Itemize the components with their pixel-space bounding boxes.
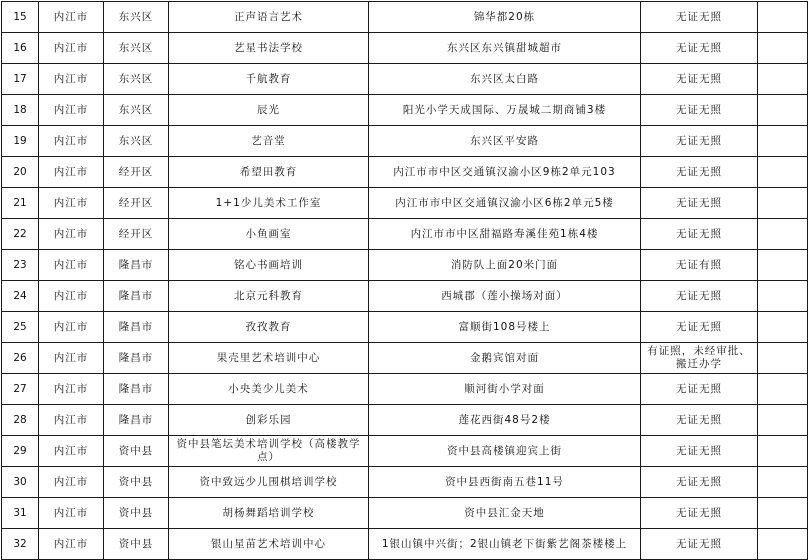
license-status-cell: 无证无照 — [641, 2, 758, 33]
address-cell: 资中县汇金天地 — [369, 498, 641, 529]
address-cell: 富顺街108号楼上 — [369, 312, 641, 343]
city-cell: 内江市 — [39, 126, 104, 157]
city-cell: 内江市 — [39, 498, 104, 529]
license-status-cell: 无证无照 — [641, 33, 758, 64]
district-cell: 东兴区 — [104, 2, 169, 33]
row-number-cell: 16 — [2, 33, 39, 64]
table-row: 17内江市东兴区千航教育东兴区太白路无证无照 — [2, 64, 808, 95]
address-cell: 锦华都20栋 — [369, 2, 641, 33]
district-cell: 资中县 — [104, 498, 169, 529]
address-cell: 消防队上面20米门面 — [369, 250, 641, 281]
district-cell: 隆昌市 — [104, 374, 169, 405]
license-status-cell: 无证无照 — [641, 498, 758, 529]
address-cell: 顺河街小学对面 — [369, 374, 641, 405]
license-status-cell: 无证无照 — [641, 157, 758, 188]
row-number-cell: 26 — [2, 343, 39, 374]
city-cell: 内江市 — [39, 312, 104, 343]
license-status-cell: 无证无照 — [641, 467, 758, 498]
training-institutions-table: 15内江市东兴区正声语言艺术锦华都20栋无证无照16内江市东兴区艺星书法学校东兴… — [1, 1, 808, 557]
remark-cell — [758, 126, 808, 157]
table-row: 18内江市东兴区辰光阳光小学天成国际、万晟城二期商铺3楼无证无照 — [2, 95, 808, 126]
address-cell: 内江市市中区交通镇汉渝小区6栋2单元5楼 — [369, 188, 641, 219]
city-cell: 内江市 — [39, 343, 104, 374]
district-cell: 隆昌市 — [104, 405, 169, 436]
address-cell: 内江市市中区交通镇汉渝小区9栋2单元103 — [369, 157, 641, 188]
institution-name-cell: 资中致远少儿围棋培训学校 — [169, 467, 369, 498]
table-row: 30内江市资中县资中致远少儿围棋培训学校资中县西街南五巷11号无证无照 — [2, 467, 808, 498]
table-row: 32内江市资中县银山星苗艺术培训中心1银山镇中兴街；2银山镇老下街紫艺阁茶楼楼上… — [2, 529, 808, 558]
city-cell: 内江市 — [39, 64, 104, 95]
table-row: 28内江市隆昌市创彩乐园莲花西街48号2楼无证无照 — [2, 405, 808, 436]
table-row: 22内江市经开区小鱼画室内江市市中区甜福路寿溪佳苑1栋4楼无证无照 — [2, 219, 808, 250]
license-status-cell: 无证无照 — [641, 281, 758, 312]
table-row: 29内江市资中县资中县笔坛美术培训学校（高楼教学点）资中县高楼镇迎宾上街无证无照 — [2, 436, 808, 467]
address-cell: 阳光小学天成国际、万晟城二期商铺3楼 — [369, 95, 641, 126]
remark-cell — [758, 33, 808, 64]
remark-cell — [758, 498, 808, 529]
row-number-cell: 25 — [2, 312, 39, 343]
license-status-cell: 无证无照 — [641, 529, 758, 558]
remark-cell — [758, 343, 808, 374]
row-number-cell: 27 — [2, 374, 39, 405]
row-number-cell: 31 — [2, 498, 39, 529]
district-cell: 隆昌市 — [104, 312, 169, 343]
district-cell: 资中县 — [104, 467, 169, 498]
institution-name-cell: 小央美少儿美术 — [169, 374, 369, 405]
row-number-cell: 15 — [2, 2, 39, 33]
district-cell: 东兴区 — [104, 64, 169, 95]
address-cell: 1银山镇中兴街；2银山镇老下街紫艺阁茶楼楼上 — [369, 529, 641, 558]
training-institutions-table-container: 15内江市东兴区正声语言艺术锦华都20栋无证无照16内江市东兴区艺星书法学校东兴… — [1, 1, 808, 557]
city-cell: 内江市 — [39, 95, 104, 126]
row-number-cell: 18 — [2, 95, 39, 126]
district-cell: 经开区 — [104, 157, 169, 188]
institution-name-cell: 银山星苗艺术培训中心 — [169, 529, 369, 558]
row-number-cell: 24 — [2, 281, 39, 312]
row-number-cell: 28 — [2, 405, 39, 436]
city-cell: 内江市 — [39, 529, 104, 558]
address-cell: 金鹅宾馆对面 — [369, 343, 641, 374]
address-cell: 东兴区平安路 — [369, 126, 641, 157]
table-body: 15内江市东兴区正声语言艺术锦华都20栋无证无照16内江市东兴区艺星书法学校东兴… — [2, 2, 808, 558]
district-cell: 经开区 — [104, 188, 169, 219]
institution-name-cell: 铭心书画培训 — [169, 250, 369, 281]
institution-name-cell: 正声语言艺术 — [169, 2, 369, 33]
address-cell: 资中县高楼镇迎宾上街 — [369, 436, 641, 467]
license-status-cell: 无证无照 — [641, 374, 758, 405]
district-cell: 隆昌市 — [104, 281, 169, 312]
city-cell: 内江市 — [39, 436, 104, 467]
district-cell: 经开区 — [104, 219, 169, 250]
license-status-cell: 有证照，未经审批、搬迁办学 — [641, 343, 758, 374]
remark-cell — [758, 281, 808, 312]
city-cell: 内江市 — [39, 188, 104, 219]
table-row: 20内江市经开区希望田教育内江市市中区交通镇汉渝小区9栋2单元103无证无照 — [2, 157, 808, 188]
institution-name-cell: 艺星书法学校 — [169, 33, 369, 64]
remark-cell — [758, 219, 808, 250]
table-row: 23内江市隆昌市铭心书画培训消防队上面20米门面无证有照 — [2, 250, 808, 281]
table-row: 25内江市隆昌市孜孜教育富顺街108号楼上无证无照 — [2, 312, 808, 343]
institution-name-cell: 北京元科教育 — [169, 281, 369, 312]
remark-cell — [758, 374, 808, 405]
remark-cell — [758, 529, 808, 558]
institution-name-cell: 胡杨舞蹈培训学校 — [169, 498, 369, 529]
district-cell: 隆昌市 — [104, 343, 169, 374]
city-cell: 内江市 — [39, 33, 104, 64]
district-cell: 东兴区 — [104, 126, 169, 157]
district-cell: 资中县 — [104, 436, 169, 467]
license-status-cell: 无证无照 — [641, 95, 758, 126]
license-status-cell: 无证无照 — [641, 436, 758, 467]
address-cell: 内江市市中区甜福路寿溪佳苑1栋4楼 — [369, 219, 641, 250]
district-cell: 资中县 — [104, 529, 169, 558]
remark-cell — [758, 64, 808, 95]
institution-name-cell: 千航教育 — [169, 64, 369, 95]
institution-name-cell: 孜孜教育 — [169, 312, 369, 343]
license-status-cell: 无证无照 — [641, 126, 758, 157]
row-number-cell: 19 — [2, 126, 39, 157]
address-cell: 资中县西街南五巷11号 — [369, 467, 641, 498]
institution-name-cell: 辰光 — [169, 95, 369, 126]
remark-cell — [758, 467, 808, 498]
institution-name-cell: 艺音堂 — [169, 126, 369, 157]
license-status-cell: 无证无照 — [641, 188, 758, 219]
remark-cell — [758, 188, 808, 219]
row-number-cell: 23 — [2, 250, 39, 281]
remark-cell — [758, 250, 808, 281]
table-row: 24内江市隆昌市北京元科教育西城郡（莲小操场对面）无证无照 — [2, 281, 808, 312]
address-cell: 东兴区太白路 — [369, 64, 641, 95]
district-cell: 隆昌市 — [104, 250, 169, 281]
district-cell: 东兴区 — [104, 33, 169, 64]
table-row: 15内江市东兴区正声语言艺术锦华都20栋无证无照 — [2, 2, 808, 33]
license-status-cell: 无证无照 — [641, 64, 758, 95]
district-cell: 东兴区 — [104, 95, 169, 126]
city-cell: 内江市 — [39, 467, 104, 498]
table-row: 26内江市隆昌市果壳里艺术培训中心金鹅宾馆对面有证照，未经审批、搬迁办学 — [2, 343, 808, 374]
institution-name-cell: 小鱼画室 — [169, 219, 369, 250]
city-cell: 内江市 — [39, 250, 104, 281]
remark-cell — [758, 95, 808, 126]
institution-name-cell: 1+1少儿美术工作室 — [169, 188, 369, 219]
city-cell: 内江市 — [39, 2, 104, 33]
remark-cell — [758, 436, 808, 467]
address-cell: 西城郡（莲小操场对面） — [369, 281, 641, 312]
institution-name-cell: 果壳里艺术培训中心 — [169, 343, 369, 374]
row-number-cell: 20 — [2, 157, 39, 188]
row-number-cell: 30 — [2, 467, 39, 498]
institution-name-cell: 创彩乐园 — [169, 405, 369, 436]
address-cell: 东兴区东兴镇甜城超市 — [369, 33, 641, 64]
institution-name-cell: 资中县笔坛美术培训学校（高楼教学点） — [169, 436, 369, 467]
license-status-cell: 无证无照 — [641, 219, 758, 250]
address-cell: 莲花西街48号2楼 — [369, 405, 641, 436]
city-cell: 内江市 — [39, 157, 104, 188]
institution-name-cell: 希望田教育 — [169, 157, 369, 188]
license-status-cell: 无证无照 — [641, 312, 758, 343]
city-cell: 内江市 — [39, 281, 104, 312]
city-cell: 内江市 — [39, 374, 104, 405]
table-row: 27内江市隆昌市小央美少儿美术顺河街小学对面无证无照 — [2, 374, 808, 405]
table-row: 19内江市东兴区艺音堂东兴区平安路无证无照 — [2, 126, 808, 157]
table-row: 21内江市经开区1+1少儿美术工作室内江市市中区交通镇汉渝小区6栋2单元5楼无证… — [2, 188, 808, 219]
table-row: 16内江市东兴区艺星书法学校东兴区东兴镇甜城超市无证无照 — [2, 33, 808, 64]
city-cell: 内江市 — [39, 405, 104, 436]
table-row: 31内江市资中县胡杨舞蹈培训学校资中县汇金天地无证无照 — [2, 498, 808, 529]
license-status-cell: 无证有照 — [641, 250, 758, 281]
row-number-cell: 29 — [2, 436, 39, 467]
remark-cell — [758, 157, 808, 188]
remark-cell — [758, 2, 808, 33]
remark-cell — [758, 405, 808, 436]
license-status-cell: 无证无照 — [641, 405, 758, 436]
row-number-cell: 21 — [2, 188, 39, 219]
row-number-cell: 32 — [2, 529, 39, 558]
city-cell: 内江市 — [39, 219, 104, 250]
row-number-cell: 17 — [2, 64, 39, 95]
remark-cell — [758, 312, 808, 343]
row-number-cell: 22 — [2, 219, 39, 250]
